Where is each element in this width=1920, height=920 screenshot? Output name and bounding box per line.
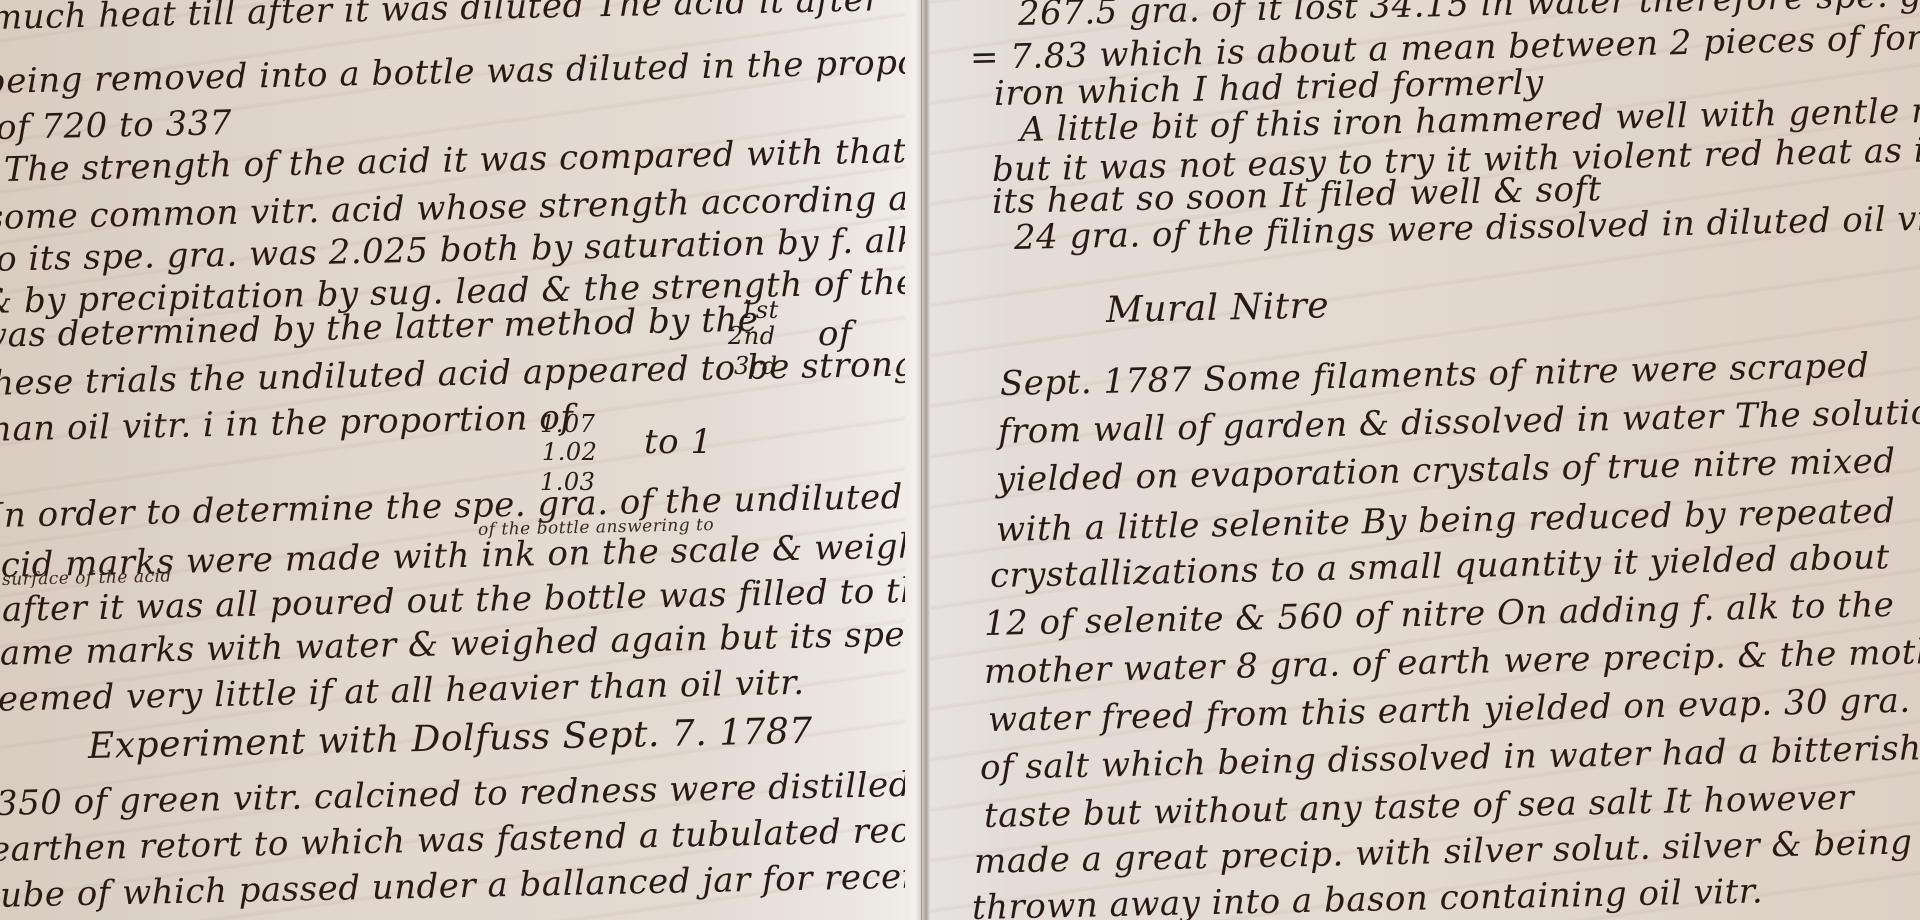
book-gutter [905, 0, 930, 920]
right-page: 267.5 gra. of it lost 34.15 in water the… [930, 0, 1920, 920]
text-line: In order to determine the spe. gra. of t… [0, 477, 903, 536]
section-heading-experiment: Experiment with Dolfuss Sept. 7. 1787 [88, 711, 814, 767]
proportion-value: 1.07 [540, 410, 595, 438]
text-line: of 720 to 337 [0, 103, 232, 148]
section-heading-mural-nitre: Mural Nitre [1106, 285, 1330, 331]
text-line: Sept. 1787 Some filaments of nitre were … [1000, 346, 1870, 404]
gutter-fold-line [921, 0, 922, 920]
notebook-spread: much heat till after it was diluted The … [0, 0, 1920, 920]
text-line: than oil vitr. i in the proportion of [0, 397, 574, 450]
proportion-value: 1.02 [542, 438, 597, 466]
text-line: seemed very little if at all heavier tha… [0, 663, 805, 720]
text-line: much heat till after it was diluted The … [0, 0, 881, 38]
proportion-suffix: to 1 [644, 422, 713, 462]
text-line: being removed into a bottle was diluted … [0, 41, 905, 102]
left-page: much heat till after it was diluted The … [0, 0, 905, 920]
text-line: yielded on evaporation crystals of true … [996, 441, 1896, 500]
trial-ordinal-2nd: 2nd [728, 322, 776, 350]
trial-ordinal-1st: 1st [740, 296, 779, 324]
